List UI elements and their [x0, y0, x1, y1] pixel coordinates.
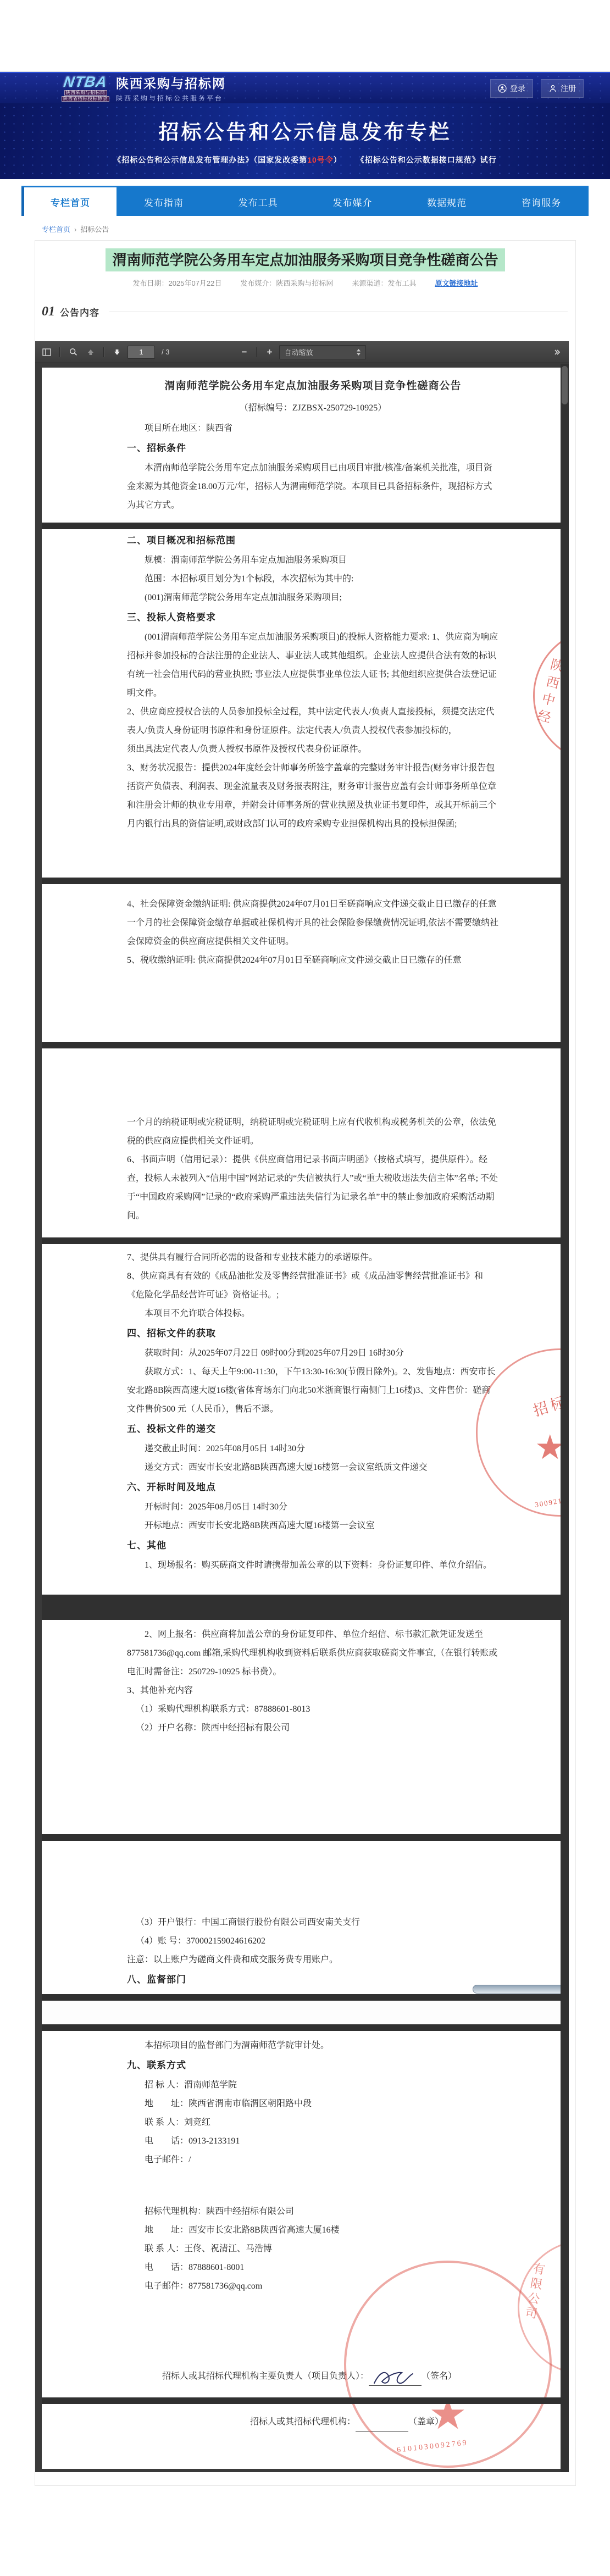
arrow-down-icon — [113, 348, 121, 356]
doc-paragraph: 6、书面声明（信用记录）：提供《供应商信用记录书面声明函》（按格式填写，提供原件… — [127, 1151, 499, 1225]
stamp-text: 招标 — [530, 1389, 561, 1420]
doc-field-line: (001)渭南师范学院公务用车定点加油服务采购项目; — [127, 589, 499, 607]
article-meta: 发布日期：2025年07月22日 发布媒介：陕西采购与招标网 来源渠道：发布工具… — [35, 277, 575, 288]
toolbar-separator — [59, 347, 60, 357]
section-header: 01 公告内容 — [42, 304, 568, 319]
doc-paragraph: 4、社会保障资金缴纳证明: 供应商提供2024年07月01日至磋商响应文件递交截… — [127, 895, 499, 951]
doc-field-line: 招 标 人：渭南师范学院 — [127, 2076, 499, 2095]
doc-paragraph: 2、供应商应授权合法的人员参加投标全过程，其中法定代表人/负责人直接投标，须提交… — [127, 703, 499, 740]
doc-paragraph: 2、网上报名：供应商将加盖公章的身份证复印件、单位介绍信、标书款汇款凭证发送至8… — [127, 1625, 499, 1681]
doc-field-line: 本项目不允许联合体投标。 — [127, 1304, 499, 1323]
doc-field-line: 开标地点：西安市长安北路8B陕西高速大厦16楼第一会议室 — [127, 1517, 499, 1535]
arrow-up-icon — [87, 348, 95, 356]
viewer-page-gap — [42, 878, 569, 884]
doc-field-line: （3）开户银行：中国工商银行股份有限公司西安南关支行 — [127, 1913, 499, 1932]
doc-field-line: 招标代理机构：陕西中经招标有限公司 — [127, 2202, 499, 2221]
viewer-page-gap — [42, 1994, 569, 2001]
tab-item-1[interactable]: 发布指南 — [117, 187, 211, 216]
page-number-input[interactable] — [127, 346, 155, 359]
breadcrumb-home-link[interactable]: 专栏首页 — [42, 225, 70, 234]
toolbar-separator — [103, 347, 104, 357]
select-caret-icon — [356, 349, 361, 356]
page-down-button[interactable] — [110, 345, 124, 359]
search-icon — [69, 348, 77, 356]
register-button[interactable]: 注册 — [541, 79, 584, 98]
stamp-text: 有限公司 — [521, 2261, 548, 2323]
doc-paragraph: 注意：以上账户为磋商文件费和成交服务费专用账户。 — [127, 1951, 499, 1969]
meta-value: 2025年07月22日 — [169, 279, 222, 287]
doc-paragraph: 一个月的纳税证明或完税证明，纳税证明或完税证明上应有代收机构或税务机关的公章，依… — [127, 1113, 499, 1151]
pdf-toolbar-center: − + 自动缩放 — [214, 345, 389, 359]
viewer-page-gap — [42, 1595, 569, 1620]
doc-bid-number: （招标编号：ZJZBSX-250729-10925） — [127, 397, 499, 419]
stamp-text: 陕西中经 — [531, 656, 561, 729]
document-page: 本招标项目的监督部门为渭南师范学院审计处。九、联系方式招 标 人：渭南师范学院地… — [42, 2031, 561, 2397]
doc-field-line: 联 系 人：王佟、祝清江、马浩博 — [127, 2240, 499, 2258]
doc-heading: 四、招标文件的获取 — [127, 1323, 499, 1344]
logo-caption: 陕西采购与招标网 — [64, 90, 107, 96]
site-name: 陕西采购与招标网 — [116, 74, 226, 92]
official-stamp: 陕西中经 — [533, 628, 561, 763]
banner-subtitle-mid: ） — [334, 156, 342, 164]
stamp-serial-number: 300921 — [534, 1496, 561, 1509]
banner-subtitle-left: 《招标公告和公示信息发布管理办法》（国家发改委第 — [113, 156, 307, 164]
doc-heading: 九、联系方式 — [127, 2055, 499, 2076]
document-page: 二、项目概况和招标范围规模：渭南师范学院公务用车定点加油服务采购项目范围：本招标… — [42, 529, 561, 878]
doc-field-line: 地 址：西安市长安北路8B陕西省高速大厦16楼 — [127, 2221, 499, 2240]
doc-signature-suffix: （签名） — [422, 2372, 457, 2381]
section-title: 公告内容 — [60, 305, 99, 319]
doc-heading: 三、投标人资格要求 — [127, 607, 499, 628]
doc-field-line: 地 址：陕西省渭南市临渭区朝阳路中段 — [127, 2095, 499, 2113]
meta-value: 发布工具 — [387, 279, 416, 287]
viewer-page-gap — [42, 523, 569, 529]
breadcrumb-current: 招标公告 — [80, 225, 109, 234]
viewer-blank-strip — [42, 2001, 569, 2024]
document-page: 招标人或其招标代理机构：（盖章）★6101030092769 — [42, 2404, 561, 2469]
original-link[interactable]: 原文链接地址 — [435, 277, 478, 288]
doc-signature-label: 招标人或其招标代理机构： — [250, 2417, 356, 2427]
meta-publish-date: 发布日期：2025年07月22日 — [133, 277, 222, 288]
double-chevron-icon — [554, 348, 561, 356]
doc-paragraph: 本渭南师范学院公务用车定点加油服务采购项目已由项目审批/核准/备案机关批准，项目… — [127, 459, 499, 515]
doc-field-line: （2）开户名称：陕西中经招标有限公司 — [127, 1719, 499, 1737]
stamp-serial-number: 6101030092769 — [397, 2439, 469, 2455]
site-logo[interactable]: NTBA 陕西采购与招标网 陕西省招标投标协会 陕西采购与招标网 陕西采购与招标… — [62, 74, 226, 103]
doc-paragraph: (001渭南师范学院公务用车定点加油服务采购项目)的投标人资格能力要求: 1、供… — [127, 628, 499, 703]
section-divider-line — [109, 312, 568, 312]
secondary-toolbar-toggle-button[interactable] — [550, 345, 564, 359]
pdf-toolbar-left: / 3 — [40, 345, 214, 359]
meta-label: 来源渠道： — [352, 279, 387, 287]
doc-heading: 七、其他 — [127, 1535, 499, 1556]
document-page: 渭南师范学院公务用车定点加油服务采购项目竞争性磋商公告（招标编号：ZJZBSX-… — [42, 368, 561, 523]
doc-field-line: 递交方式：西安市长安北路8B陕西高速大厦16楼第一会议室纸质文件递交 — [127, 1458, 499, 1477]
meta-label: 发布媒介： — [240, 279, 276, 287]
star-icon: ★ — [535, 1427, 561, 1468]
sidebar-toggle-icon — [42, 348, 51, 357]
doc-field-line: 范围：本招标项目划分为1个标段，本次招标为其中的: — [127, 570, 499, 589]
ui-artifact-bar — [473, 1985, 561, 1994]
doc-paragraph: 须出具法定代表人/负责人授权书原件及授权代表身份证原件。 — [127, 740, 499, 759]
doc-field-line: 电 话：0913-2133191 — [127, 2132, 499, 2151]
doc-paragraph: 1、现场报名：购买磋商文件时请携带加盖公章的以下资料：身份证复印件、单位介绍信。 — [127, 1556, 499, 1575]
meta-source-channel: 来源渠道：发布工具 — [352, 277, 416, 288]
doc-field-line: 电子邮件：877581736@qq.com — [127, 2277, 499, 2296]
doc-field-line: 电子邮件：/ — [127, 2151, 499, 2169]
site-tagline: 陕西采购与招标公共服务平台 — [116, 93, 226, 103]
doc-title: 渭南师范学院公务用车定点加油服务采购项目竞争性磋商公告 — [127, 375, 499, 397]
breadcrumb: 专栏首页›招标公告 — [42, 225, 610, 235]
section-number: 01 — [42, 304, 55, 319]
sidebar-toggle-button[interactable] — [40, 345, 54, 359]
page-up-button[interactable] — [84, 345, 98, 359]
viewer-page-gap — [42, 2024, 569, 2031]
viewer-scrollbar[interactable] — [561, 364, 569, 2472]
doc-signature-label: 招标人或其招标代理机构主要负责人（项目负责人）： — [162, 2372, 369, 2381]
page-count-label: / 3 — [162, 348, 169, 356]
doc-signature-row: 招标人或其招标代理机构：（盖章） — [127, 2413, 499, 2431]
doc-field-line: 开标时间：2025年08月05日 14时30分 — [127, 1498, 499, 1517]
doc-heading: 一、招标条件 — [127, 438, 499, 459]
logo-acronym: NTBA — [63, 75, 108, 90]
doc-paragraph: 7、提供具有履行合同所必需的设备和专业技术能力的承诺原件。 — [127, 1248, 499, 1267]
tab-item-0[interactable]: 专栏首页 — [21, 187, 117, 216]
viewer-page-gap — [42, 2397, 569, 2404]
tab-item-2[interactable]: 发布工具 — [211, 187, 306, 216]
breadcrumb-separator: › — [74, 225, 76, 234]
register-person-icon — [548, 84, 557, 93]
doc-spacer — [127, 2296, 499, 2367]
doc-heading: 二、项目概况和招标范围 — [127, 530, 499, 551]
tab-item-3[interactable]: 发布媒介 — [306, 187, 400, 216]
doc-paragraph: 获取方式：1、每天上午9:00-11:30，下午13:30-16:30(节假日除… — [127, 1363, 499, 1419]
pdf-pages-container: 渭南师范学院公务用车定点加油服务采购项目竞争性磋商公告（招标编号：ZJZBSX-… — [35, 363, 569, 2472]
banner-subtitle-red: 10号令 — [307, 156, 334, 164]
site-header: NTBA 陕西采购与招标网 陕西省招标投标协会 陕西采购与招标网 陕西采购与招标… — [0, 72, 610, 103]
doc-heading: 六、开标时间及地点 — [127, 1477, 499, 1498]
doc-paragraph: 本招标项目的监督部门为渭南师范学院审计处。 — [127, 2036, 499, 2055]
browser-top-whitespace — [0, 0, 610, 72]
tab-item-4[interactable]: 数据规范 — [400, 187, 494, 216]
meta-publish-medium: 发布媒介：陕西采购与招标网 — [240, 277, 333, 288]
pdf-toolbar-right — [390, 345, 564, 359]
doc-paragraph: 3、财务状况报告：提供2024年度经会计师事务所签字盖章的完整财务审计报告(财务… — [127, 759, 499, 834]
doc-paragraph: 5、税收缴纳证明: 供应商提供2024年07月01日至磋商响应文件递交截止日已缴… — [127, 951, 499, 970]
site-title: 陕西采购与招标网 陕西采购与招标公共服务平台 — [116, 74, 226, 103]
doc-heading: 五、投标文件的递交 — [127, 1419, 499, 1440]
zoom-out-button[interactable]: − — [237, 347, 251, 358]
tab-item-5[interactable]: 咨询服务 — [494, 187, 589, 216]
main-tabbar: 专栏首页发布指南发布工具发布媒介数据规范咨询服务 — [21, 186, 589, 216]
meta-value: 陕西采购与招标网 — [276, 279, 333, 287]
zoom-in-button[interactable]: + — [263, 347, 276, 358]
logo-caption: 陕西省招标投标协会 — [62, 96, 109, 102]
doc-heading: 八、监督部门 — [127, 1969, 499, 1990]
meta-label: 发布日期： — [133, 279, 169, 287]
register-label: 注册 — [561, 83, 576, 94]
viewer-scrollbar-thumb[interactable] — [562, 366, 568, 404]
page-title-highlight: 渭南师范学院公务用车定点加油服务采购项目竞争性磋商公告 — [106, 248, 504, 271]
login-person-icon — [498, 84, 507, 93]
doc-field-line: 递交截止时间：2025年08月05日 14时30分 — [127, 1440, 499, 1458]
signature-underline — [356, 2420, 408, 2431]
banner-subtitle-right: 《招标公告和公示数据接口规范》试行 — [361, 156, 497, 164]
announcement-card: 渭南师范学院公务用车定点加油服务采购项目竞争性磋商公告 发布日期：2025年07… — [35, 240, 576, 2486]
header-actions: 登录 注册 — [490, 79, 584, 98]
login-label: 登录 — [510, 83, 525, 94]
banner-subtitle: 《招标公告和公示信息发布管理办法》（国家发改委第10号令）《招标公告和公示数据接… — [0, 154, 610, 165]
pdf-viewer: / 3 − + 自动缩放 渭南师范学院公务用车定点加油服务采购项目竞争性磋商公告… — [35, 341, 569, 2472]
document-page: 7、提供具有履行合同所必需的设备和专业技术能力的承诺原件。8、供应商具有有效的《… — [42, 1244, 561, 1595]
login-button[interactable]: 登录 — [490, 79, 533, 98]
hero-banner: 招标公告和公示信息发布专栏 《招标公告和公示信息发布管理办法》（国家发改委第10… — [0, 103, 610, 179]
document-page: 一个月的纳税证明或完税证明，纳税证明或完税证明上应有代收机构或税务机关的公章，依… — [42, 1048, 561, 1237]
doc-spacer — [127, 2169, 499, 2202]
search-button[interactable] — [66, 345, 80, 359]
toolbar-separator — [256, 347, 257, 357]
signature-underline — [369, 2374, 422, 2386]
banner-title: 招标公告和公示信息发布专栏 — [0, 103, 610, 145]
official-stamp: 有限公司 — [518, 2240, 561, 2375]
doc-field-line: 规模：渭南师范学院公务用车定点加油服务采购项目 — [127, 551, 499, 570]
document-page: 4、社会保障资金缴纳证明: 供应商提供2024年07月01日至磋商响应文件递交截… — [42, 884, 561, 1042]
doc-field-line: （4）账 号：370002159024616202 — [127, 1932, 499, 1951]
doc-signature-suffix: （盖章） — [408, 2417, 443, 2427]
doc-field-line: 获取时间：从2025年07月22日 09时00分到2025年07月29日 16时… — [127, 1344, 499, 1363]
viewer-page-gap — [42, 1042, 569, 1048]
doc-field-line: 项目所在地区：陕西省 — [127, 419, 499, 438]
logo-swoosh-icon: NTBA 陕西采购与招标网 陕西省招标投标协会 — [62, 75, 109, 102]
zoom-select[interactable]: 自动缩放 — [279, 345, 366, 359]
doc-field-line: 联 系 人：刘竞红 — [127, 2113, 499, 2132]
doc-paragraph: 3、其他补充内容 — [127, 1681, 499, 1700]
viewer-page-gap — [42, 1834, 569, 1841]
page-title: 渭南师范学院公务用车定点加油服务采购项目竞争性磋商公告 — [35, 251, 575, 270]
zoom-select-value: 自动缩放 — [284, 347, 313, 357]
doc-signature-row: 招标人或其招标代理机构主要负责人（项目负责人）：（签名） — [127, 2367, 499, 2386]
document-page: （3）开户银行：中国工商银行股份有限公司西安南关支行（4）账 号：3700021… — [42, 1841, 561, 1994]
doc-field-line: 电 话：87888601-8001 — [127, 2258, 499, 2277]
viewer-page-gap — [42, 1237, 569, 1244]
doc-paragraph: 8、供应商具有有效的《成品油批发及零售经营批准证书》或《成品油零售经营批准证书》… — [127, 1267, 499, 1304]
document-page: 2、网上报名：供应商将加盖公章的身份证复印件、单位介绍信、标书款汇款凭证发送至8… — [42, 1620, 561, 1834]
pdf-toolbar: / 3 − + 自动缩放 — [35, 341, 569, 363]
doc-field-line: （1）采购代理机构联系方式：87888601-8013 — [127, 1700, 499, 1719]
